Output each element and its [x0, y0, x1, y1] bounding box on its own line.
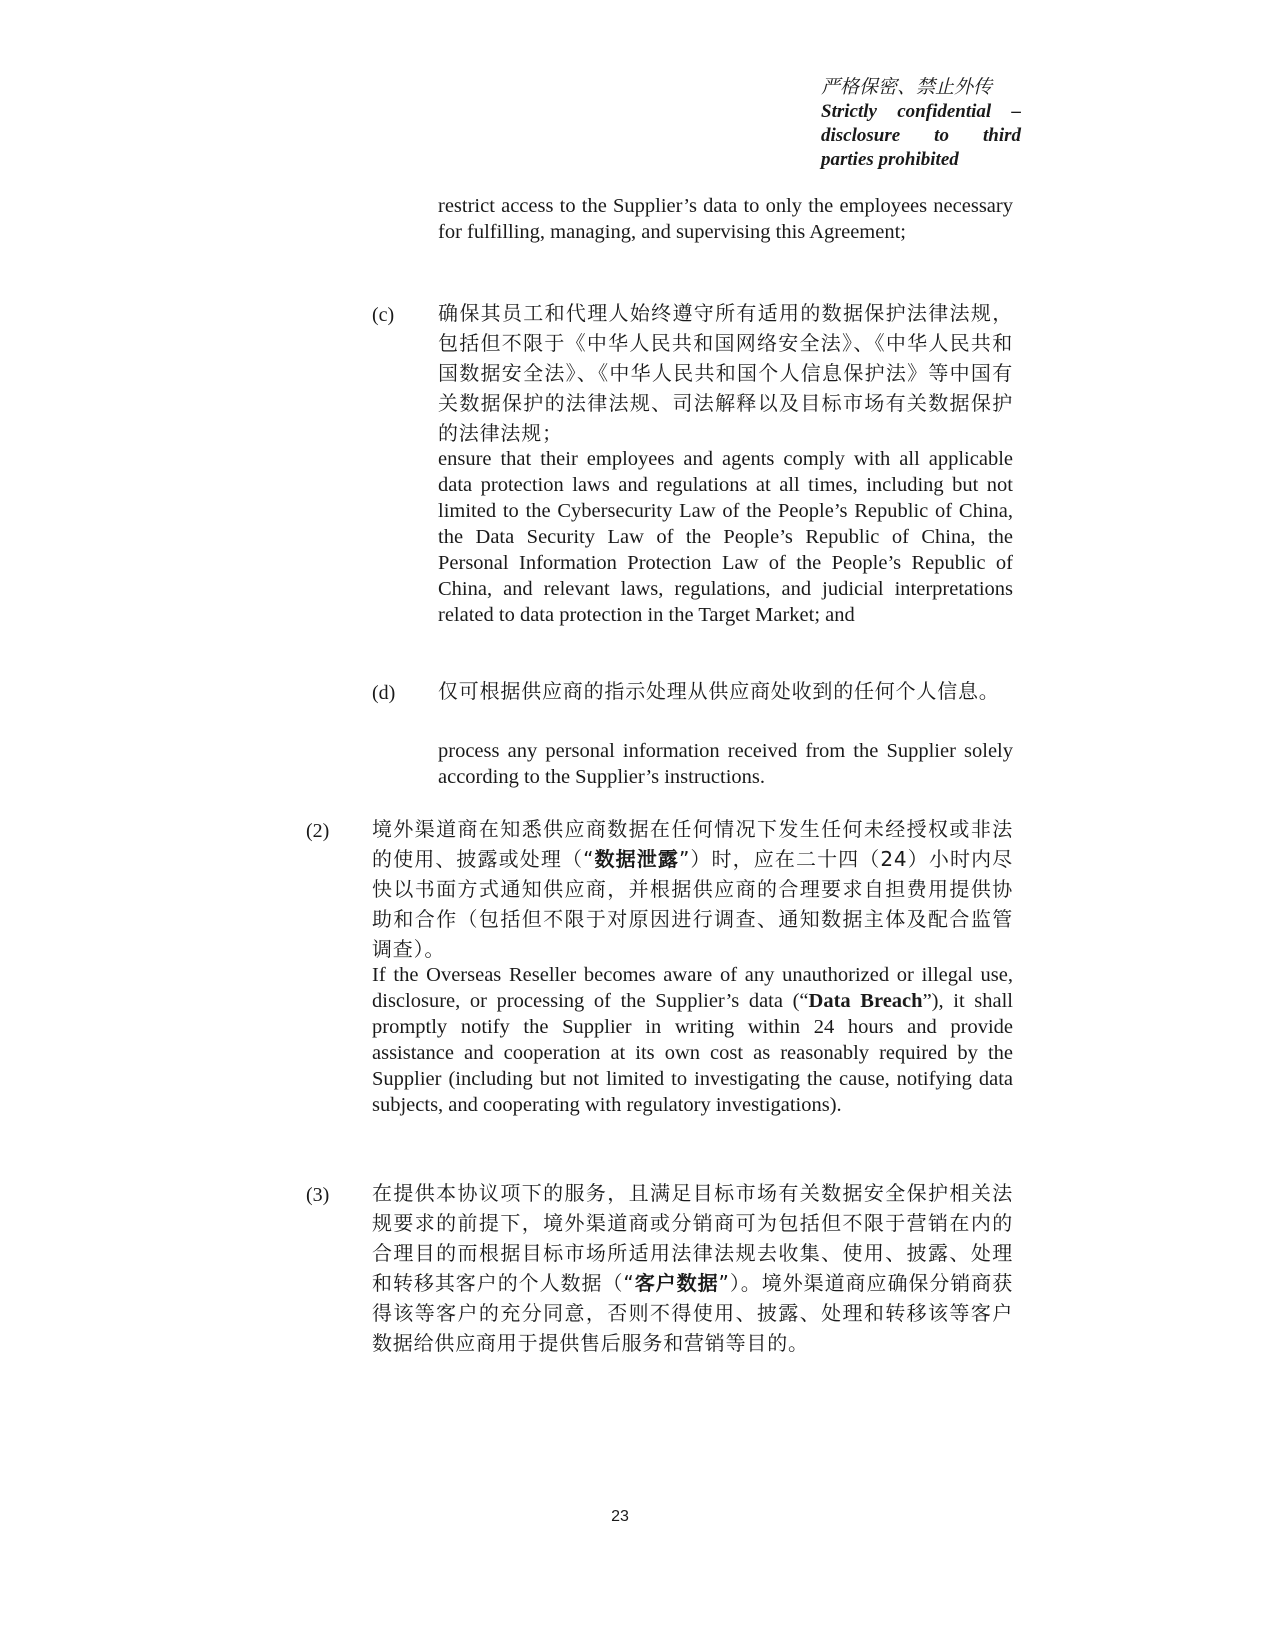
item-3-cn-defined-term: 客户数据 — [635, 1271, 719, 1295]
item-2-cn: 境外渠道商在知悉供应商数据在任何情况下发生任何未经授权或非法的使用、披露或处理（… — [372, 814, 1013, 964]
item-d-cn: 仅可根据供应商的指示处理从供应商处收到的任何个人信息。 — [438, 676, 1013, 706]
item-3-label: (3) — [306, 1182, 329, 1208]
item-2-label: (2) — [306, 818, 329, 844]
item-2-cn-defined-term: 数据泄露 — [594, 847, 679, 871]
intro-paragraph: restrict access to the Supplier’s data t… — [438, 193, 1013, 245]
page-number: 23 — [600, 1508, 640, 1526]
confidentiality-en-line2: disclosure to third — [821, 124, 1021, 148]
item-c-en: ensure that their employees and agents c… — [438, 446, 1013, 628]
confidentiality-en-line1: Strictly confidential – — [821, 100, 1021, 124]
item-c-cn: 确保其员工和代理人始终遵守所有适用的数据保护法律法规，包括但不限于《中华人民共和… — [438, 298, 1013, 448]
item-2-en: If the Overseas Reseller becomes aware o… — [372, 962, 1013, 1118]
item-c-label: (c) — [372, 302, 394, 328]
confidentiality-en-line3: parties prohibited — [821, 148, 1021, 172]
item-2-en-defined-term: Data Breach — [809, 990, 923, 1012]
item-d-en: process any personal information receive… — [438, 738, 1013, 790]
item-d-label: (d) — [372, 680, 395, 706]
confidentiality-header: 严格保密、禁止外传 Strictly confidential – disclo… — [821, 76, 1021, 172]
confidentiality-cn: 严格保密、禁止外传 — [821, 76, 1021, 100]
item-3-cn: 在提供本协议项下的服务，且满足目标市场有关数据安全保护相关法规要求的前提下，境外… — [372, 1178, 1013, 1358]
